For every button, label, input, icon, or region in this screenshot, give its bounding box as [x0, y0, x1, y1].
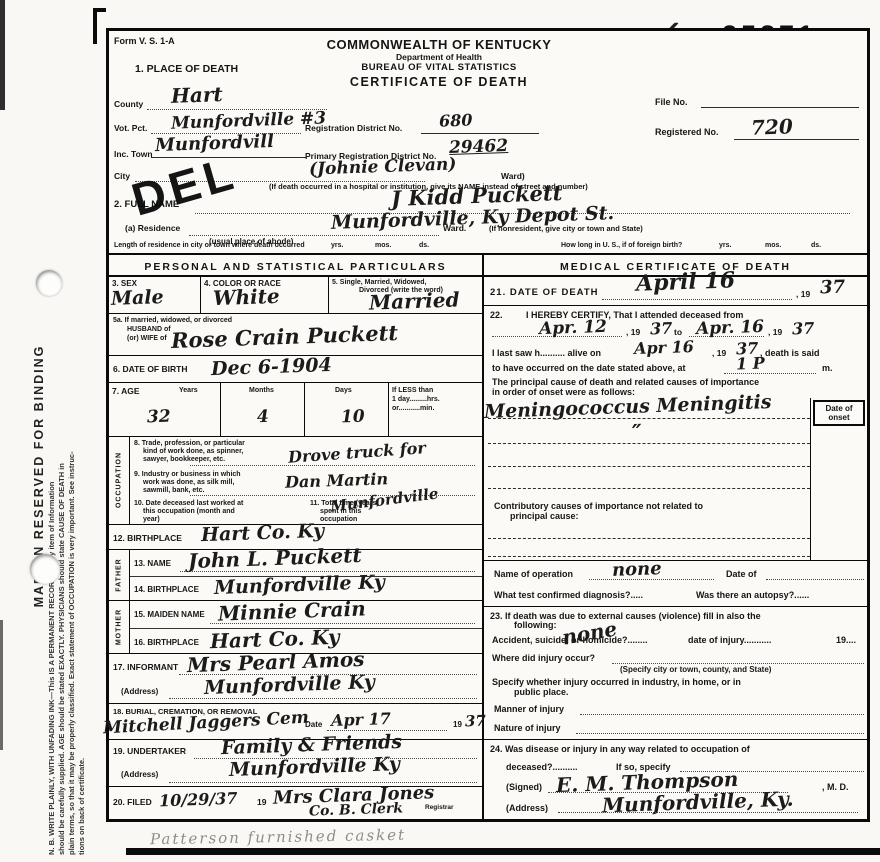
- father-block: FATHER 13. NAME John L. Puckett 14. BIRT…: [109, 550, 482, 601]
- trade-blank: [190, 465, 475, 466]
- county-label: County: [114, 99, 143, 109]
- sex-color-marital-row: 3. SEX Male 4. COLOR OR RACE White 5. Si…: [109, 277, 482, 314]
- spouse-label-1: 5a. If married, widowed, or divorced: [113, 317, 232, 326]
- informant-address-value: Munfordville Ky: [204, 671, 376, 699]
- less-label-2: 1 day.........hrs.: [392, 396, 440, 405]
- date-of-onset-label: Date of onset: [813, 400, 865, 426]
- burial-date-value: Apr 17: [331, 709, 392, 730]
- certify-number: 22.: [490, 310, 503, 321]
- marital-cell: 5. Single, Married, Widowed, Divorced (w…: [329, 277, 482, 313]
- spouse-label-3: (or) WIFE of: [127, 335, 167, 344]
- margin-note: N. B. WRITE PLAINLY, WITH UNFADING INK—T…: [47, 65, 87, 855]
- spouse-row: 5a. If married, widowed, or divorced HUS…: [109, 314, 482, 355]
- attended-from-value: Apr. 12: [539, 317, 608, 339]
- operation-date-label: Date of: [726, 569, 757, 580]
- mos-label: mos.: [375, 242, 391, 251]
- undertaker-row: 19. UNDERTAKER Family & Friends (Address…: [109, 740, 482, 787]
- age-days-value: 10: [341, 407, 365, 428]
- operation-date-blank: [766, 579, 864, 580]
- registrar-name-line2: Co. B. Clerk: [309, 801, 404, 820]
- trade-label-3: sawyer, bookkeeper, etc.: [143, 456, 225, 465]
- ds-label: ds.: [419, 242, 429, 251]
- scan-artifact: [0, 0, 5, 110]
- burial-date-label: Date: [305, 720, 322, 730]
- physician-address-label: (Address): [506, 803, 548, 814]
- cause-rule: [488, 466, 810, 467]
- date-of-death-year-prefix: , 19: [796, 289, 810, 299]
- length-of-residence-label: Length of residence in city or town wher…: [114, 242, 305, 251]
- father-name-blank: [180, 571, 475, 572]
- father-name-label: 13. NAME: [134, 559, 171, 569]
- registered-no-line: [734, 139, 859, 140]
- occurred-label: to have occurred on the date stated abov…: [492, 363, 686, 374]
- nonresident-note: (If nonresident, give city or town and S…: [489, 225, 643, 234]
- occupation-related-block: 24. Was disease or injury in any way rel…: [484, 740, 867, 819]
- years-label: Years: [179, 387, 198, 396]
- informant-label: 17. INFORMANT: [113, 662, 178, 672]
- cause-rule: [488, 443, 810, 444]
- residence-ward-label: Ward.: [443, 223, 466, 233]
- undertaker-address-label: (Address): [121, 770, 158, 780]
- months-label: Months: [249, 387, 274, 396]
- signed-label: (Signed): [506, 782, 542, 793]
- spouse-label-2: HUSBAND of: [127, 326, 171, 335]
- test-autopsy-row: What test confirmed diagnosis?..... Was …: [484, 585, 867, 607]
- last-saw-year-prefix: , 19: [712, 348, 726, 358]
- md-label: , M. D.: [822, 782, 849, 793]
- age-years-value: 32: [147, 407, 171, 428]
- specify-text-2: public place.: [514, 687, 569, 698]
- last-worked-label-3: year): [143, 516, 160, 525]
- inc-town-label: Inc. Town: [114, 149, 153, 159]
- personal-particulars-column: PERSONAL AND STATISTICAL PARTICULARS 3. …: [109, 255, 484, 819]
- related-text-1: 24. Was disease or injury in any way rel…: [490, 744, 750, 755]
- color-race-value: White: [213, 284, 280, 310]
- certificate-form: Form V. S. 1-A COMMONWEALTH OF KENTUCKY …: [106, 28, 870, 822]
- filed-year-prefix: 19: [257, 797, 266, 807]
- father-name-value: John L. Puckett: [188, 543, 362, 573]
- mother-birthplace-label: 16. BIRTHPLACE: [134, 638, 199, 648]
- punch-hole: [30, 554, 60, 584]
- registration-district-value: 680: [439, 110, 473, 130]
- date-of-death-blank: [602, 299, 792, 300]
- date-of-birth-label: 6. DATE OF BIRTH: [113, 364, 187, 374]
- informant-row: 17. INFORMANT Mrs Pearl Amos (Address) M…: [109, 654, 482, 703]
- mother-side-label: MOTHER: [109, 601, 130, 653]
- operation-row: Name of operation none Date of: [484, 561, 867, 586]
- nature-of-injury-label: Nature of injury: [494, 723, 561, 734]
- age-months-cell: Months 4: [221, 383, 305, 435]
- contributory-rule: [488, 556, 810, 557]
- vot-pct-value: Munfordville #3: [171, 108, 327, 133]
- primary-registration-value: 29462: [449, 136, 509, 158]
- form-number: Form V. S. 1-A: [114, 36, 175, 47]
- burial-year-prefix: 19: [453, 720, 462, 730]
- form-header: COMMONWEALTH OF KENTUCKY Department of H…: [279, 37, 599, 89]
- medical-certificate-column: MEDICAL CERTIFICATE OF DEATH 21. DATE OF…: [484, 255, 867, 819]
- less-label-3: or...........min.: [392, 405, 434, 414]
- burial-year-value: 37: [465, 711, 486, 730]
- trade-value: Drove truck for: [288, 438, 427, 467]
- occupation-side-label: OCCUPATION: [109, 437, 130, 525]
- margin-note-line: tions on back of certificate.: [77, 65, 87, 855]
- certify-block: 22. I HEREBY CERTIFY, That I attended de…: [484, 306, 867, 398]
- mother-block: MOTHER 15. MAIDEN NAME Minnie Crain 16. …: [109, 601, 482, 654]
- scan-artifact: [126, 848, 880, 855]
- operation-value: none: [612, 558, 662, 581]
- father-side-label: FATHER: [109, 550, 130, 600]
- autopsy-label: Was there an autopsy?......: [696, 590, 809, 601]
- operation-label: Name of operation: [494, 569, 573, 580]
- file-no-label: File No.: [655, 97, 688, 108]
- contributory-label-2: principal cause:: [510, 511, 579, 522]
- registered-no-value: 720: [751, 114, 794, 139]
- occupation-block: OCCUPATION 8. Trade, profession, or part…: [109, 437, 482, 526]
- death-is-said-text: , death is said: [760, 348, 820, 359]
- date-of-birth-row: 6. DATE OF BIRTH Dec 6-1904: [109, 356, 482, 384]
- where-injury-note: (Specify city or town, county, and State…: [620, 665, 771, 675]
- color-race-cell: 4. COLOR OR RACE White: [201, 277, 329, 313]
- informant-address-label: (Address): [121, 687, 158, 697]
- physician-address-blank: [558, 812, 858, 813]
- margin-note-line: plain terms, so that it may be properly …: [67, 65, 77, 855]
- father-birthplace-label: 14. BIRTHPLACE: [134, 585, 199, 595]
- vot-pct-label: Vot. Pct.: [114, 123, 147, 133]
- nature-of-injury-row: Nature of injury: [484, 720, 867, 740]
- filed-label: 20. FILED: [113, 797, 152, 807]
- age-days-cell: Days 10: [305, 383, 389, 435]
- margin-note-line: N. B. WRITE PLAINLY, WITH UNFADING INK—T…: [47, 65, 57, 855]
- ds-label: ds.: [811, 242, 821, 251]
- nature-of-injury-blank: [576, 733, 864, 734]
- attended-from-year: 37: [650, 319, 673, 339]
- less-than-one-day-cell: If LESS than 1 day.........hrs. or......…: [389, 383, 482, 435]
- cause-rule: [488, 418, 810, 419]
- ward-label: Ward): [501, 171, 525, 181]
- m-label: m.: [822, 363, 833, 374]
- days-label: Days: [335, 387, 352, 396]
- scan-artifact: [0, 620, 3, 750]
- attended-to-value: Apr. 16: [696, 317, 765, 339]
- mother-name-blank: [210, 623, 475, 624]
- mother-side-text: MOTHER: [116, 609, 123, 645]
- residence-blank: [189, 235, 439, 236]
- last-saw-date-value: Apr 16: [634, 337, 695, 358]
- contributory-rule: [488, 538, 810, 539]
- bureau-subtitle: BUREAU OF VITAL STATISTICS: [279, 62, 599, 73]
- pencil-annotation: Patterson furnished casket: [150, 826, 406, 848]
- birthplace-label: 12. BIRTHPLACE: [113, 533, 182, 543]
- undertaker-label: 19. UNDERTAKER: [113, 746, 186, 756]
- scan-artifact: [93, 8, 97, 44]
- manner-of-injury-row: Manner of injury: [484, 699, 867, 721]
- age-months-value: 4: [257, 407, 270, 427]
- attended-to-year: 37: [792, 319, 815, 339]
- where-injury-label: Where did injury occur?: [492, 653, 595, 664]
- place-of-death-section-label: 1. PLACE OF DEATH: [135, 63, 238, 75]
- date-of-birth-value: Dec 6-1904: [211, 354, 332, 380]
- registrar-label: Registrar: [425, 804, 454, 811]
- onset-label-line1: Date of: [815, 404, 863, 413]
- death-time-blank: [724, 373, 816, 374]
- sex-cell: 3. SEX Male: [109, 277, 201, 313]
- date-of-death-row: 21. DATE OF DEATH April 16 , 19 37: [484, 277, 867, 307]
- date-of-onset-column: Date of onset: [810, 398, 867, 560]
- manner-of-injury-label: Manner of injury: [494, 704, 564, 715]
- cause-rule: [488, 488, 810, 489]
- county-value: Hart: [171, 82, 223, 108]
- cause-of-death-block: Date of onset Meningococcus Meningitis ″…: [484, 398, 867, 561]
- filed-date-value: 10/29/37: [159, 789, 238, 811]
- form-columns: PERSONAL AND STATISTICAL PARTICULARS 3. …: [109, 253, 867, 819]
- certificate-title: CERTIFICATE OF DEATH: [279, 75, 599, 89]
- age-row: 7. AGE Years 32 Months 4 Days 10: [109, 383, 482, 436]
- attended-to-label: to: [674, 327, 682, 337]
- punch-hole: [36, 270, 62, 296]
- less-label-1: If LESS than: [392, 387, 433, 396]
- department-subtitle: Department of Health: [279, 52, 599, 62]
- death-certificate-scan: MARGIN RESERVED FOR BINDING N. B. WRITE …: [0, 0, 880, 862]
- external-causes-block: 23. If death was due to external causes …: [484, 607, 867, 699]
- test-label: What test confirmed diagnosis?.....: [494, 590, 643, 601]
- related-text-2: deceased?..........: [506, 762, 578, 773]
- death-time-value: 1 P: [736, 354, 765, 374]
- manner-of-injury-blank: [580, 714, 864, 715]
- onset-label-line2: onset: [815, 413, 863, 422]
- father-side-text: FATHER: [116, 558, 123, 591]
- residence-label: (a) Residence: [125, 223, 180, 233]
- city-handwritten-value: (Johnie Clevan): [309, 154, 457, 179]
- last-saw-label: I last saw h.......... alive on: [492, 348, 601, 359]
- informant-address-blank: [169, 698, 477, 699]
- foreign-birth-label: How long in U. S., if of foreign birth?: [561, 242, 682, 251]
- registration-district-line: [421, 133, 539, 134]
- injury-year-prefix: 19....: [836, 635, 856, 646]
- yrs-label: yrs.: [719, 242, 731, 251]
- mos-label: mos.: [765, 242, 781, 251]
- yrs-label: yrs.: [331, 242, 343, 251]
- total-time-label-3: occupation: [320, 516, 357, 525]
- marital-value: Married: [369, 287, 460, 314]
- sex-value: Male: [111, 286, 164, 310]
- father-birthplace-value: Munfordville Ky: [214, 571, 386, 599]
- attended-to-year-prefix: , 19: [768, 327, 782, 337]
- date-of-death-year-value: 37: [820, 276, 846, 298]
- registered-no-label: Registered No.: [655, 127, 719, 138]
- commonwealth-title: COMMONWEALTH OF KENTUCKY: [279, 37, 599, 52]
- file-no-blank: [701, 107, 859, 108]
- industry-value: Dan Martin: [285, 469, 389, 492]
- margin-note-line: should be carefully supplied. AGE should…: [57, 65, 67, 855]
- age-label: 7. AGE: [112, 386, 140, 396]
- personal-title: PERSONAL AND STATISTICAL PARTICULARS: [109, 255, 482, 277]
- attended-from-year-prefix: , 19: [626, 327, 640, 337]
- filed-row: 20. FILED 10/29/37 19 Mrs Clara Jones Co…: [109, 787, 482, 819]
- occupation-side-text: OCCUPATION: [116, 452, 123, 508]
- where-injury-blank: [612, 663, 864, 664]
- date-of-death-value: April 16: [636, 267, 736, 296]
- operation-blank: [589, 579, 714, 580]
- age-years-cell: 7. AGE Years 32: [109, 383, 221, 435]
- undertaker-address-value: Munfordville Ky: [229, 753, 401, 781]
- mother-maiden-name-value: Minnie Crain: [218, 597, 366, 626]
- mother-maiden-name-label: 15. MAIDEN NAME: [134, 610, 205, 620]
- injury-date-label: date of injury...........: [688, 635, 771, 646]
- registration-district-label: Registration District No.: [305, 123, 402, 133]
- external-causes-text-2: following:: [514, 620, 557, 631]
- date-of-death-label: 21. DATE OF DEATH: [490, 287, 599, 298]
- birthplace-value: Hart Co. Ky: [201, 520, 325, 546]
